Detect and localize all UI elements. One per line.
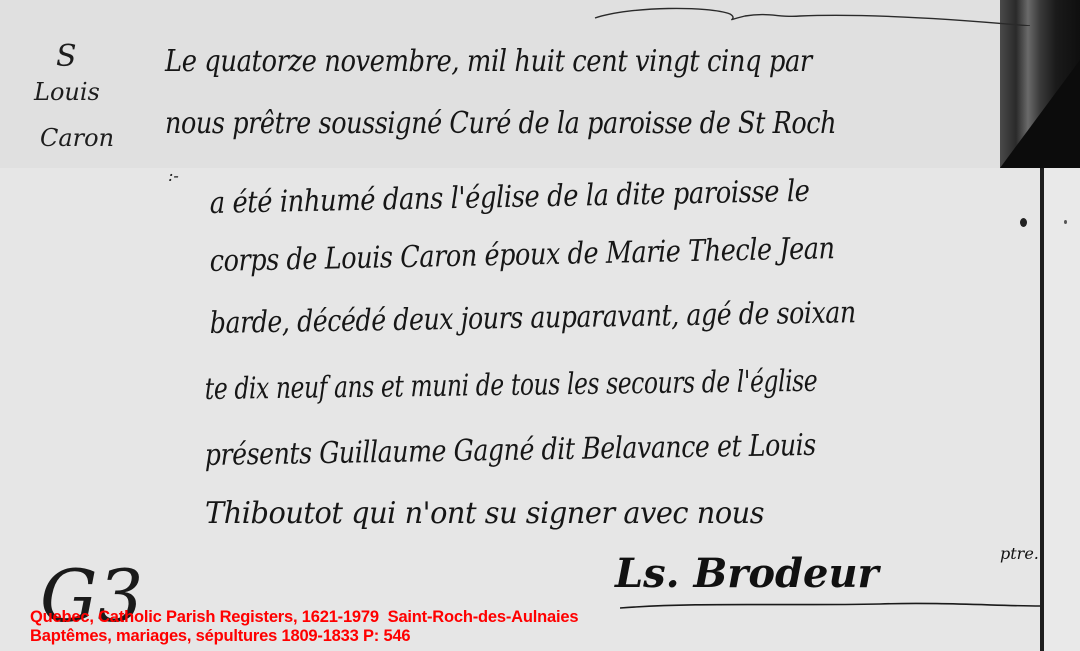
signature-suffix: ptre. xyxy=(1000,544,1039,563)
binding-corner-shadow xyxy=(1000,60,1080,168)
top-flourish-line xyxy=(590,4,1030,26)
entry-line-8: Thiboutot qui n'ont su signer avec nous xyxy=(205,496,764,531)
signature-underline xyxy=(620,600,1040,612)
margin-name-first: Louis xyxy=(34,80,100,104)
entry-line-1: Le quatorze novembre, mil huit cent ving… xyxy=(165,44,812,79)
document-page: S Louis Caron :- Le quatorze novembre, m… xyxy=(0,0,1080,651)
margin-name-last: Caron xyxy=(40,126,114,150)
margin-mark: S xyxy=(56,42,77,72)
priest-signature: Ls. Brodeur xyxy=(615,550,879,597)
source-caption-line-2: Baptêmes, mariages, sépultures 1809-1833… xyxy=(30,628,410,645)
source-caption-line-1: Quebec, Catholic Parish Registers, 1621-… xyxy=(30,609,578,626)
next-page-edge xyxy=(1044,168,1080,651)
margin-symbol: :- xyxy=(168,168,179,184)
entry-line-2: nous prêtre soussigné Curé de la paroiss… xyxy=(165,106,836,141)
ink-blot xyxy=(1020,218,1027,227)
ink-blot xyxy=(1064,220,1067,224)
